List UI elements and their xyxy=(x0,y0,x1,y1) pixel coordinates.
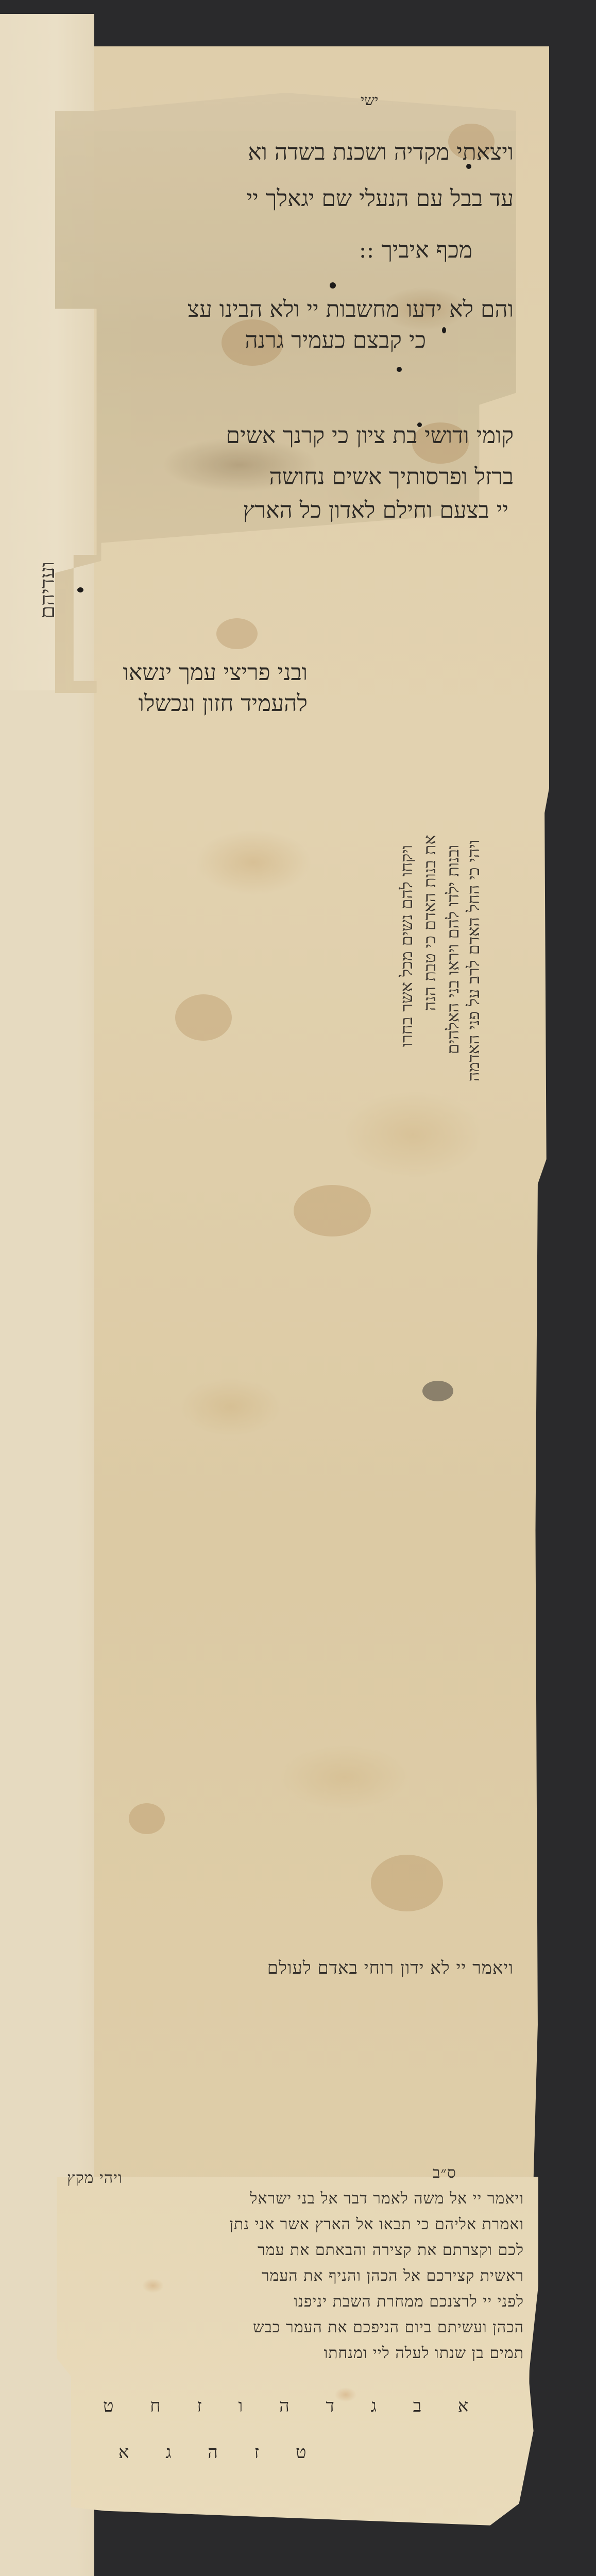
ink-blot xyxy=(330,282,336,289)
heading-line: ויאמר יי לא ידון רוחי באדם לעולם xyxy=(267,1958,514,1978)
stain xyxy=(175,994,232,1041)
text-line: ברזל ופרסותיך אשים נחושה xyxy=(269,464,514,490)
ink-blot xyxy=(442,327,446,333)
marginal-note: ס״ב xyxy=(433,2164,456,2182)
glyph-row: ט ז ה ג א xyxy=(118,2442,321,2463)
glyph: ח xyxy=(150,2396,176,2416)
text-line: לפני יי לרצנכם ממחרת השבת יניפנו xyxy=(294,2293,524,2311)
glyph: ג xyxy=(371,2396,392,2416)
text-line: מכף איביך :: xyxy=(359,237,472,263)
vertical-text-column: ויקחו להם נשים מכל אשר בחרו xyxy=(397,845,416,1412)
text-line: כי קבצם כעמיר גרנה xyxy=(245,327,426,353)
text-line: עד בבל עם הנעלי שם יגאלך יי xyxy=(247,185,514,212)
ink-blot xyxy=(397,367,402,372)
glyph: ה xyxy=(208,2442,233,2463)
text-line: ראשית קצירכם אל הכהן והניף את העמר xyxy=(262,2267,524,2285)
text-line: ובני פריצי עמך ינשאו xyxy=(123,659,308,686)
text-line: יי בצעם וחילם לאדון כל הארץ xyxy=(243,497,508,523)
vertical-text-column: ויהי כי החל האדם לרב על פני האדמה xyxy=(464,840,483,1561)
glyph: ז xyxy=(197,2396,217,2416)
glyph: ז xyxy=(254,2442,275,2463)
glyph: ט xyxy=(103,2396,129,2416)
margin-note: ועדיהם xyxy=(35,562,59,619)
glyph: ב xyxy=(413,2396,437,2416)
glyph: ט xyxy=(296,2442,322,2463)
text-line: להעמיד חזון ונכשלו xyxy=(139,690,308,717)
glyph: א xyxy=(118,2442,144,2463)
glyph: ג xyxy=(165,2442,186,2463)
text-line: ואמרת אליהם כי תבאו אל הארץ אשר אני נתן xyxy=(229,2215,524,2233)
text-line: קומי ודושי בת ציון כי קרנך אשים xyxy=(226,422,514,449)
stain xyxy=(294,1185,371,1236)
text-line: לכם וקצרתם את קצירה והבאתם את עמר xyxy=(258,2241,524,2259)
text-line: תמים בן שנתו לעלה ליי ומנחתו xyxy=(324,2344,524,2362)
header-mark: ישי xyxy=(361,92,379,109)
opening-word: ויהי מקץ xyxy=(67,2169,123,2187)
text-line: ויאמר יי אל משה לאמר דבר אל בני ישראל xyxy=(250,2190,524,2208)
text-line: והם לא ידעו מחשבות יי ולא הבינו עצ xyxy=(188,296,514,323)
stain xyxy=(216,618,258,649)
ink-blot xyxy=(77,587,83,592)
stain xyxy=(371,1855,443,1911)
glyph-row: א ב ג ד ה ו ז ח ט xyxy=(103,2396,484,2416)
stain xyxy=(129,1803,165,1834)
glyph: ד xyxy=(326,2396,349,2416)
vertical-text-column: את בנות האדם כי טבת הנה xyxy=(420,835,439,1556)
glyph: ה xyxy=(279,2396,305,2416)
vertical-text-column: ובנות ילדו להם ויראו בני האלהים xyxy=(443,845,463,1577)
text-line: הכהן ועשיתם ביום הניפכם את העמר כבש xyxy=(253,2318,524,2336)
glyph: א xyxy=(458,2396,484,2416)
text-line: ויצאתי מקדיה ושכנת בשדה וא xyxy=(248,139,514,165)
glyph: ו xyxy=(239,2396,259,2416)
